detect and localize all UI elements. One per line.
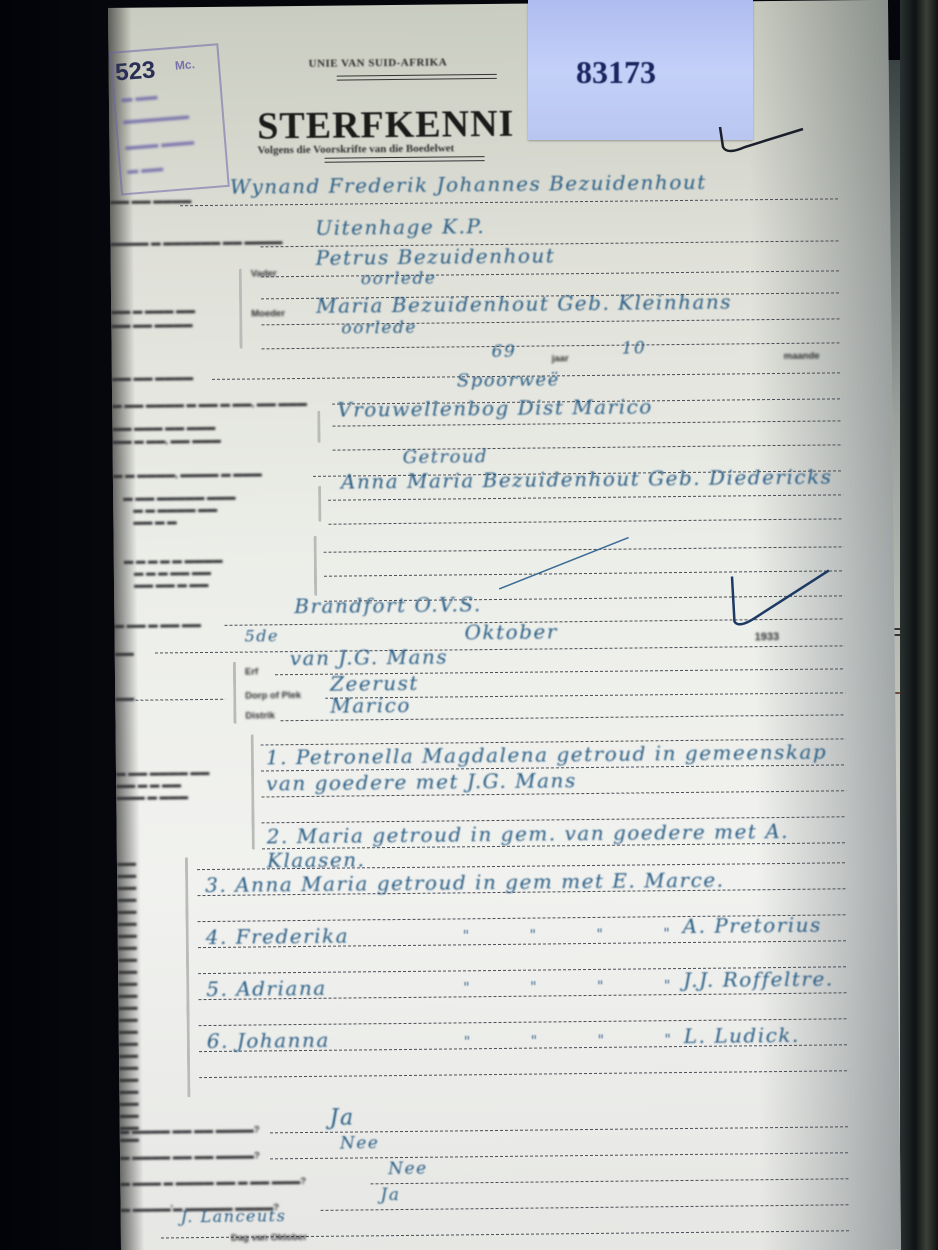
field-line [328, 494, 843, 500]
death-month-value: Oktober [464, 619, 558, 644]
label-estate: ▬▬ [115, 693, 134, 704]
field-line [199, 1070, 849, 1078]
age-years-value: 69 [492, 342, 517, 362]
checkmark-icon [715, 125, 805, 165]
divider [325, 160, 485, 163]
stamp-suffix: Mc. [174, 57, 195, 73]
checkmark-icon [724, 565, 835, 636]
label-spouse: ▬ ▬▬ ▬▬▬▬▬ ▬▬▬ [123, 492, 236, 504]
label-marital-status: ▬ ▬ ▬▬▬▬, ▬▬▬▬ ▬ ▬▬▬ [113, 468, 262, 481]
child-3: 3. Anna Maria getroud in gem met E. Marc… [205, 868, 725, 897]
label-place-of-death: ▬ ▬▬ ▬ ▬▬ ▬▬ [114, 619, 201, 631]
field-line [328, 518, 843, 524]
label-children: ▬ ▬▬ ▬▬▬▬ ▬▬ [116, 767, 210, 779]
label-birthplace: ▬▬▬▬ ▬ ▬▬▬▬▬▬ ▬▬ ▬▬▬▬ [110, 236, 282, 249]
child-1: 1. Petronella Magdalena getroud in gemee… [266, 738, 857, 796]
child-5-ditto: " " " " [463, 978, 698, 996]
label-residence: ▬▬ ▬▬▬ ▬▬ ▬▬▬ [112, 422, 215, 434]
child-5-spouse: J.J. Roffeltre. [683, 966, 834, 992]
label-residence-2: ▬▬ ▬ ▬▬, ▬▬ ▬▬▬ [112, 435, 220, 447]
mother-status-value: oorlede [341, 318, 417, 339]
label-children-side: ▬▬ ▬▬ ▬▬ ▬▬ ▬▬ ▬▬ ▬▬ ▬▬ ▬▬ ▬▬ ▬▬ ▬▬ ▬▬ ▬… [117, 858, 160, 1146]
strikethrough-line [494, 533, 635, 594]
birthplace-value: Uitenhage K.P. [315, 214, 485, 240]
marital-status-value: Getroud [403, 446, 489, 468]
bracket [233, 662, 241, 724]
binder-edge [900, 0, 938, 1250]
occupation-value: Spoorweë [457, 369, 560, 391]
field-line [155, 645, 845, 653]
field-line [262, 342, 842, 349]
divider [337, 78, 497, 81]
reference-number: 83173 [576, 54, 656, 91]
label-age: ▬▬ ▬▬ ▬▬▬▬ [112, 372, 193, 384]
label-previous-spouse: ▬ ▬ ▬ ▬ ▬ ▬▬▬▬ [124, 555, 223, 567]
father-status-value: oorlede [361, 269, 437, 290]
bracket [185, 857, 195, 1097]
estate-district-value: Marico [330, 693, 411, 718]
label-children-3: ▬▬▬ ▬ ▬▬▬ [116, 791, 188, 803]
bracket [314, 536, 322, 596]
field-line [321, 1204, 851, 1211]
bracket [239, 269, 247, 349]
reference-sticker: 83173 [528, 0, 753, 140]
stamp-number: 523 [114, 56, 156, 87]
child-6-ditto: " " " " [464, 1032, 699, 1050]
label-date: ▬▬ [115, 648, 134, 659]
label-father: Vader [251, 268, 277, 279]
question-2: ▬ ▬▬▬▬ ▬▬ ▬▬ ▬▬▬▬? [120, 1150, 260, 1162]
estate-farm-value: van J.G. Mans [290, 644, 449, 670]
label-district: Distrik [245, 710, 275, 721]
field-line [135, 699, 225, 701]
bracket [317, 411, 324, 443]
label-ward: Dorp of Plek [245, 690, 301, 702]
question-3: ▬ ▬▬▬ ▬ ▬▬▬▬ ▬▬ ▬ ▬▬ ▬▬▬? [120, 1176, 306, 1189]
label-spouse-3: ▬▬ ▬ ▬ [133, 516, 176, 527]
label-parents-2: ▬▬ ▬▬ ▬▬▬▬ [111, 319, 192, 331]
label-children-2: ▬▬ ▬ ▬ ▬▬ [116, 779, 181, 791]
footer-partial: Dag van Oktober [231, 1232, 307, 1244]
residence-value: Vrouwellenbog Dist Marico [337, 394, 653, 421]
signature-partial: J. Lanceuts [181, 1206, 287, 1226]
label-spouse-2: ▬ ▬ ▬▬▬▬ ▬▬ [133, 504, 217, 516]
divider [325, 156, 485, 159]
age-months-value: 10 [621, 338, 646, 358]
registry-stamp: 523 Mc. ▬ ▬▬ ▬▬▬▬▬▬ ▬▬▬ ▬▬▬ ▬ ▬▬ [110, 43, 230, 195]
age-years-label: jaar [552, 353, 569, 364]
answer-1: Ja [330, 1105, 355, 1130]
death-day-value: 5de [244, 626, 279, 645]
bracket [251, 734, 259, 849]
label-occupation: ▬ ▬▬ ▬▬▬▬ ▬ ▬▬ ▬ ▬▬, ▬▬ ▬▬▬ [112, 398, 307, 411]
field-line [270, 1126, 850, 1133]
label-previous-spouse-2: ▬ ▬ ▬ ▬▬ ▬▬ [134, 567, 211, 579]
child-4-name: 4. Frederika [206, 924, 350, 949]
place-of-death-value: Brandfort O.V.S. [294, 592, 482, 618]
divider [337, 74, 497, 77]
label-mother: Moeder [251, 308, 285, 319]
mother-value: Maria Bezuidenhout Geb. Kleinhans [316, 289, 732, 317]
child-6-spouse: L. Ludick. [684, 1023, 800, 1048]
answer-4: Ja [380, 1185, 400, 1205]
answer-3: Nee [388, 1159, 428, 1179]
label-parents: ▬▬ ▬ ▬▬▬ ▬▬ [111, 305, 195, 317]
child-4-spouse: A. Pretorius [683, 913, 822, 938]
field-line [180, 198, 840, 206]
deceased-name-value: Wynand Frederik Johannes Bezuidenhout [230, 170, 707, 199]
form-caption: Volgens die Voorskrifte van die Boedelwe… [257, 142, 454, 156]
label-farm: Erf [245, 666, 258, 677]
death-notice-form: 523 Mc. ▬ ▬▬ ▬▬▬▬▬▬ ▬▬▬ ▬▬▬ ▬ ▬▬ UNIE VA… [108, 0, 901, 1250]
label-previous-spouse-3: ▬▬ ▬▬ ▬ ▬▬ [134, 579, 209, 591]
child-5-name: 5. Adriana [206, 976, 327, 1001]
child-4-ditto: " " " " [463, 926, 698, 944]
answer-2: Nee [340, 1133, 380, 1153]
field-line [370, 1178, 850, 1184]
field-line [261, 270, 841, 277]
form-title: STERFKENNI [257, 102, 515, 149]
father-value: Petrus Bezuidenhout [316, 243, 556, 270]
question-1: ▬ ▬▬▬▬ ▬▬ ▬▬ ▬▬▬▬? [120, 1124, 260, 1136]
bracket [318, 486, 325, 522]
child-6-name: 6. Johanna [207, 1028, 330, 1053]
country-heading: UNIE VAN SUID-AFRIKA [309, 56, 448, 69]
dark-background-left [0, 0, 118, 1250]
spouse-value: Anna Maria Bezuidenhout Geb. Diedericks [341, 464, 833, 493]
field-line [332, 420, 842, 426]
age-months-label: maande [784, 351, 820, 362]
